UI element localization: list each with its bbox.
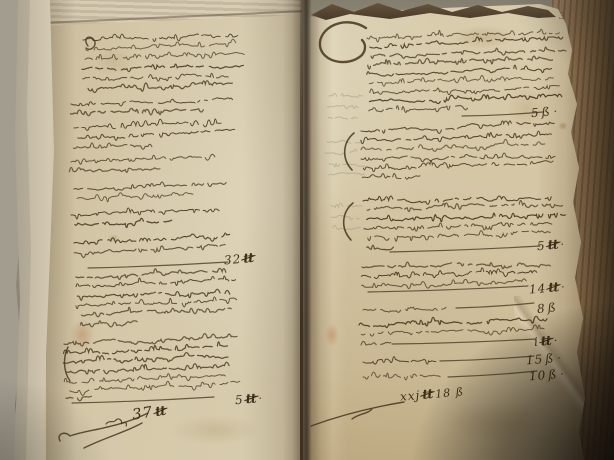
handwritten-paragraph [363, 356, 436, 366]
pound-sign: tt [245, 391, 256, 407]
sum-underline [72, 397, 214, 403]
bleed-through-ghost-text [331, 203, 365, 230]
right-total-swash-flourish [311, 402, 404, 426]
amount-left-subtotal: 32tt [223, 251, 256, 269]
pound-sign: tt [154, 404, 166, 420]
right-opening-loop-flourish [320, 22, 366, 62]
pound-sign: tt [547, 237, 558, 253]
handwritten-paragraph [71, 205, 220, 230]
para3-swash-flourish [344, 203, 353, 240]
sum-underline [368, 286, 528, 292]
amount-right-entry4: 8ß [536, 300, 560, 316]
sum-underline [456, 303, 534, 308]
sum-underline [88, 262, 228, 268]
handwritten-paragraph [363, 370, 440, 381]
sum-underline [392, 339, 536, 344]
handwritten-paragraph [363, 306, 451, 313]
page-number: 3 [559, 12, 565, 22]
manuscript-photograph: 32tt 5tt· 37tt 5ß· 5tt· 14tt· 8ß itt· 15… [0, 0, 614, 460]
handwritten-paragraph [62, 332, 240, 396]
schilling-sign: ß [547, 300, 557, 315]
schilling-sign: ß [548, 367, 558, 382]
sum-underline [440, 356, 534, 361]
amount-right-entry3: 14tt· [528, 279, 566, 297]
handwritten-paragraph [366, 27, 568, 113]
handwritten-paragraph [74, 265, 237, 328]
amount-right-entry2: 5tt· [536, 237, 565, 254]
pound-sign: tt [540, 334, 551, 350]
handwritten-paragraph [360, 120, 556, 181]
amount-left-entry-final: 5tt· [234, 391, 263, 408]
handwritten-paragraph [70, 97, 233, 118]
amount-right-entry1: 5ß· [530, 104, 558, 120]
pound-sign: tt [548, 280, 559, 296]
handwriting-ink-layer [0, 0, 614, 460]
handwritten-paragraph [66, 396, 92, 401]
handwritten-paragraph [361, 258, 551, 289]
handwritten-paragraph [361, 341, 391, 345]
handwritten-paragraph [73, 117, 236, 152]
pound-sign: tt [422, 387, 433, 403]
schilling-sign: ß [541, 104, 551, 119]
handwritten-paragraph [74, 232, 231, 258]
sum-underline [390, 246, 540, 252]
handwritten-paragraph [81, 30, 246, 94]
bleed-through-ghost-text [327, 93, 362, 119]
schilling-sign: ß [545, 351, 555, 366]
pound-sign: tt [243, 251, 254, 267]
sum-underline [448, 371, 537, 377]
handwritten-paragraph [359, 314, 550, 338]
amount-right-entry5: itt· [533, 333, 559, 350]
handwritten-paragraph [69, 153, 215, 174]
handwritten-paragraph [74, 180, 227, 203]
